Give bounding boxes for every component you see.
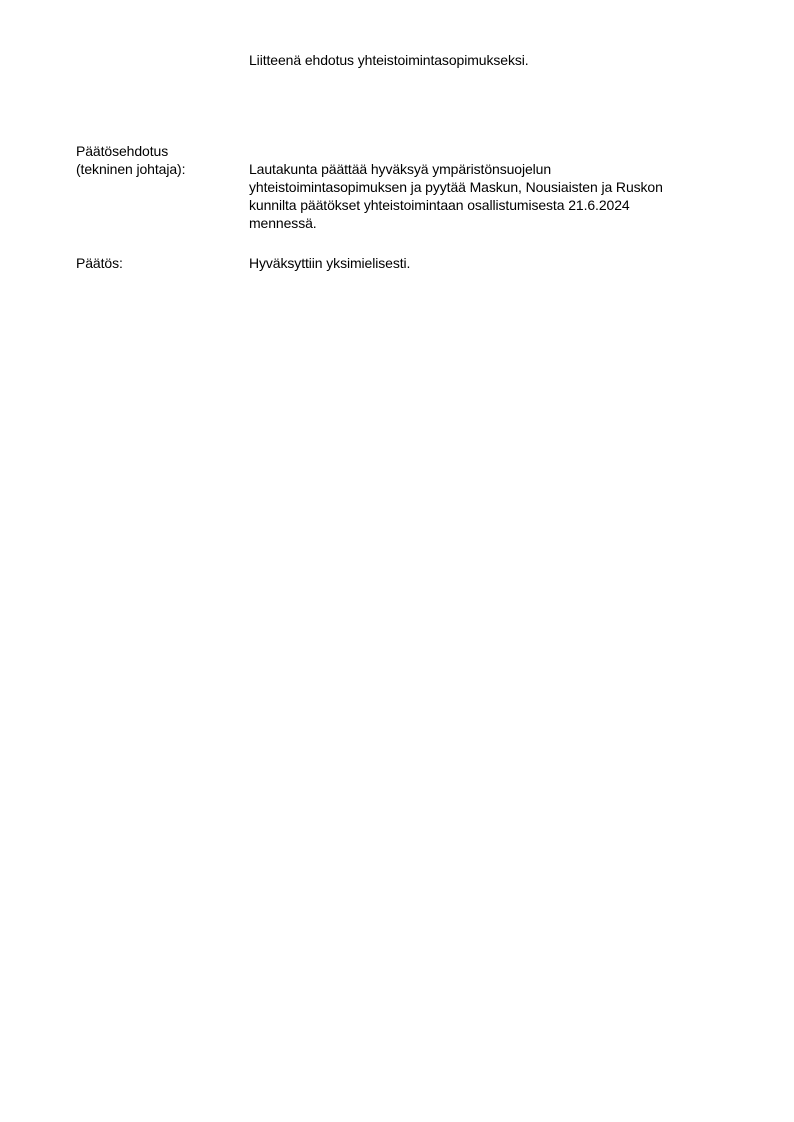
- proposal-text-line: yhteistoimintasopimuksen ja pyytää Masku…: [249, 178, 663, 196]
- attachment-note: Liitteenä ehdotus yhteistoimintasopimuks…: [249, 51, 529, 69]
- proposal-label: Päätösehdotus: [76, 142, 168, 160]
- proposal-text-line: mennessä.: [249, 214, 317, 232]
- decision-text: Hyväksyttiin yksimielisesti.: [249, 254, 410, 272]
- decision-label: Päätös:: [76, 254, 123, 272]
- proposal-text-line: kunnilta päätökset yhteistoimintaan osal…: [249, 196, 630, 214]
- proposal-text-line: Lautakunta päättää hyväksyä ympäristönsu…: [249, 160, 551, 178]
- proposal-author-label: (tekninen johtaja):: [76, 160, 185, 178]
